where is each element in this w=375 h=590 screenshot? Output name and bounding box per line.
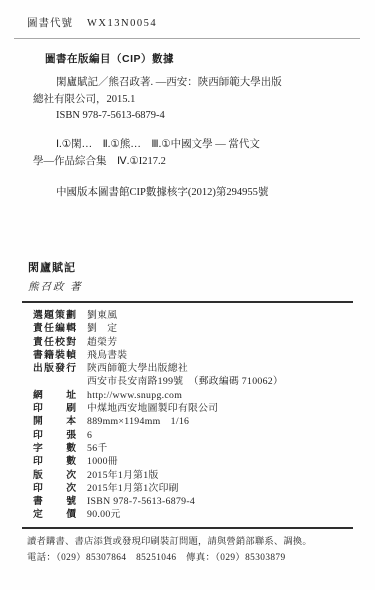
colophon-row-continuation: 西安市長安南路199號 （郵政編碼 710062） — [33, 375, 353, 388]
colophon-row-value: 2015年1月第1次印刷 — [87, 482, 179, 495]
cip-record-line: 總社有限公司，2015.1 — [33, 92, 338, 109]
colophon-row-value: ISBN 978-7-5613-6879-4 — [87, 495, 195, 508]
colophon-row-value: 889mm×1194mm 1/16 — [87, 415, 189, 428]
colophon-row-value: 56千 — [87, 442, 108, 455]
colophon-row-label: 責任編輯 — [33, 322, 76, 335]
contact-phone-line: 電話：（029）85307864 85251046 傳真：（029）853038… — [27, 549, 286, 563]
colophon-row-label: 書籍裝幀 — [33, 349, 76, 362]
colophon-row: 開本889mm×1194mm 1/16 — [33, 415, 353, 428]
colophon-row-value: 劉 定 — [87, 322, 117, 335]
colophon-row-value: 1000冊 — [87, 455, 118, 468]
colophon-row: 責任校對趙榮芳 — [33, 336, 353, 349]
colophon-row-label: 印張 — [33, 429, 76, 442]
bottom-divider — [22, 527, 353, 529]
colophon-row-label: 出版發行 — [33, 362, 76, 375]
book-title: 閑廬賦記 — [28, 259, 76, 275]
cip-classification-line: 學—作品綜合集 Ⅳ.①I217.2 — [33, 154, 338, 171]
colophon-row-label: 網址 — [33, 389, 76, 402]
colophon-row-label: 版次 — [33, 469, 76, 482]
colophon-row: 書籍裝幀飛鳥書裝 — [33, 349, 353, 362]
colophon-row-value: 6 — [87, 429, 92, 442]
cip-isbn-line: ISBN 978-7-5613-6879-4 — [33, 108, 338, 125]
book-code-label: 圖書代號 — [27, 18, 73, 29]
colophon-row: 版次2015年1月第1版 — [33, 469, 353, 482]
colophon-row-value: 2015年1月第1版 — [87, 469, 159, 482]
colophon-row-label: 印刷 — [33, 402, 76, 415]
colophon-rows: 選題策劃劉東風責任編輯劉 定責任校對趙榮芳書籍裝幀飛鳥書裝出版發行陝西師範大學出… — [33, 309, 353, 522]
cip-record-line: 閑廬賦記／熊召政著. —西安：陝西師範大學出版 — [33, 75, 338, 92]
colophon-row-label: 字數 — [33, 442, 76, 455]
colophon-row: 印刷中煤地西安地圖製印有限公司 — [33, 402, 353, 415]
colophon-row-label: 選題策劃 — [33, 309, 76, 322]
colophon-row: 網址http://www.snupg.com — [33, 389, 353, 402]
colophon-row: 定價90.00元 — [33, 508, 353, 521]
book-code-row: 圖書代號WX13N0054 — [27, 15, 157, 30]
colophon-row-label: 開本 — [33, 415, 76, 428]
colophon-row-value: 劉東風 — [87, 309, 117, 322]
colophon-row: 書號ISBN 978-7-5613-6879-4 — [33, 495, 353, 508]
cip-registry-number: 中國版本圖書館CIP數據核字(2012)第294955號 — [56, 184, 268, 199]
colophon-row-value: 90.00元 — [87, 508, 121, 521]
cip-classification-block: Ⅰ.①閑… Ⅱ.①熊… Ⅲ.①中國文學 — 當代文 學—作品綜合集 Ⅳ.①I21… — [33, 137, 338, 170]
colophon-row: 印數1000冊 — [33, 455, 353, 468]
colophon-row-value: 飛鳥書裝 — [87, 349, 127, 362]
book-code-value: WX13N0054 — [87, 18, 157, 29]
colophon-row: 出版發行陝西師範大學出版總社 — [33, 362, 353, 375]
colophon-row-label: 定價 — [33, 508, 76, 521]
colophon-row-label: 責任校對 — [33, 336, 76, 349]
book-author: 熊召政 著 — [28, 279, 83, 294]
top-divider — [14, 38, 360, 39]
colophon-row-value: http://www.snupg.com — [87, 389, 182, 402]
colophon-row: 責任編輯劉 定 — [33, 322, 353, 335]
colophon-row-label: 書號 — [33, 495, 76, 508]
colophon-row-value: 陝西師範大學出版總社 — [87, 362, 188, 375]
reader-notice: 讀者購書、書店添貨或發現印刷裝訂問題，請與營銷部聯系、調換。 — [27, 533, 312, 547]
colophon-row-label: 印次 — [33, 482, 76, 495]
middle-divider — [22, 301, 353, 303]
colophon-row-value: 趙榮芳 — [87, 336, 117, 349]
cip-heading: 圖書在版編目（CIP）數據 — [45, 51, 174, 66]
copyright-page: 圖書代號WX13N0054 圖書在版編目（CIP）數據 閑廬賦記／熊召政著. —… — [0, 0, 375, 590]
colophon-row-value: 中煤地西安地圖製印有限公司 — [87, 402, 218, 415]
colophon-row-value2: 西安市長安南路199號 （郵政編碼 710062） — [87, 375, 283, 388]
colophon-row-label: 印數 — [33, 455, 76, 468]
colophon-row: 印次2015年1月第1次印刷 — [33, 482, 353, 495]
colophon-row: 選題策劃劉東風 — [33, 309, 353, 322]
cip-record-block: 閑廬賦記／熊召政著. —西安：陝西師範大學出版 總社有限公司，2015.1 IS… — [33, 75, 338, 125]
cip-classification-line: Ⅰ.①閑… Ⅱ.①熊… Ⅲ.①中國文學 — 當代文 — [33, 137, 338, 154]
colophon-row: 字數56千 — [33, 442, 353, 455]
colophon-row: 印張6 — [33, 429, 353, 442]
